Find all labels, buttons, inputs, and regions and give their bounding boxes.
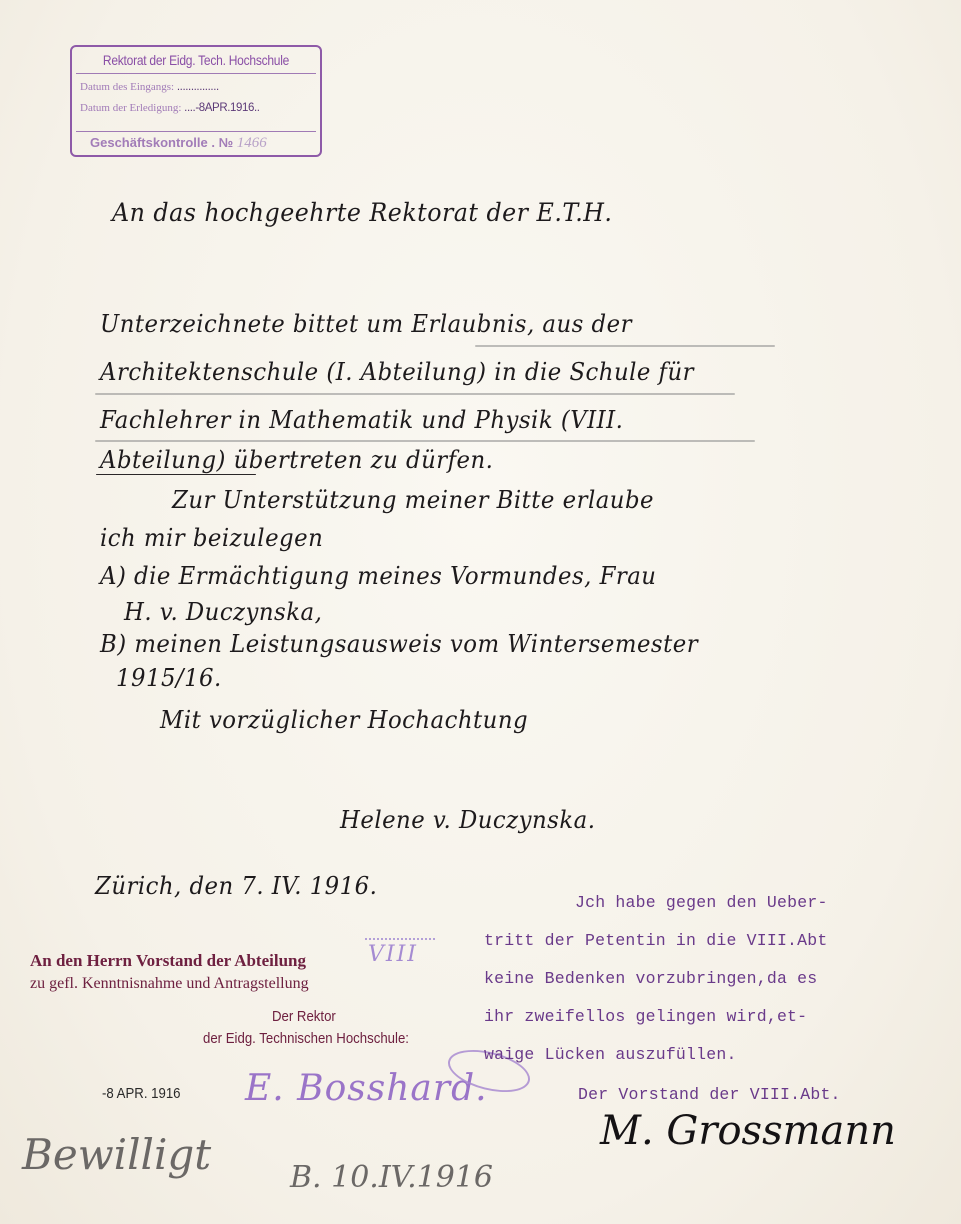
stamp-control-number: 1466 <box>237 135 267 151</box>
forward-line-2: zu gefl. Kenntnisnahme und Antragstellun… <box>30 975 309 993</box>
ink-underline <box>96 474 256 475</box>
approval-initial-date: B. 10.IV.1916 <box>290 1160 493 1195</box>
rectorate-receipt-stamp: Rektorat der Eidg. Tech. Hochschule Datu… <box>70 45 322 157</box>
department-head-title: Der Vorstand der VIII.Abt. <box>578 1085 841 1104</box>
stamp-control-row: Geschäftskontrolle . № 1466 <box>90 135 267 152</box>
department-number-handwritten: VIII <box>368 942 418 967</box>
stamp-completed-label: Datum der Erledigung: <box>80 102 181 114</box>
stamp-completed-row: Datum der Erledigung: ....-8APR.1916.. <box>80 102 260 114</box>
stamp-received-value: ............... <box>177 81 219 93</box>
enclosure-b: B) meinen Leistungsausweis vom Wintersem… <box>100 630 698 658</box>
salutation: An das hochgeehrte Rektorat der E.T.H. <box>112 198 612 227</box>
approval-note: Bewilligt <box>22 1130 211 1179</box>
enclosure-a: A) die Ermächtigung meines Vormundes, Fr… <box>100 562 656 590</box>
enclosure-marker: B) <box>100 630 127 658</box>
stamp-divider <box>76 131 316 132</box>
stamp-completed-value: ....-8APR.1916.. <box>184 102 259 114</box>
reply-line: waige Lücken auszufüllen. <box>484 1045 737 1064</box>
rector-title: Der Rektor <box>272 1008 336 1025</box>
stamp-received-row: Datum des Eingangs: ............... <box>80 81 219 93</box>
stamp-divider <box>76 73 316 74</box>
body-line: Unterzeichnete bittet um Erlaubnis, aus … <box>100 310 632 338</box>
support-line: ich mir beizulegen <box>100 524 323 552</box>
pencil-underline <box>95 393 735 395</box>
reply-line: Jch habe gegen den Ueber- <box>575 893 828 912</box>
closing: Mit vorzüglicher Hochachtung <box>160 706 528 734</box>
reply-line: ihr zweifellos gelingen wird,et- <box>484 1007 807 1026</box>
enclosure-text: meinen Leistungsausweis vom Wintersemest… <box>134 630 698 658</box>
reply-line: keine Bedenken vorzubringen,da es <box>484 969 817 988</box>
rector-institution: der Eidg. Technischen Hochschule: <box>203 1030 409 1047</box>
rector-signature: E. Bosshard. <box>245 1068 488 1109</box>
department-head-signature: M. Grossmann <box>600 1108 896 1154</box>
rector-date-stamp: -8 APR. 1916 <box>102 1085 181 1102</box>
pencil-underline <box>475 345 775 347</box>
reply-line: tritt der Petentin in die VIII.Abt <box>484 931 827 950</box>
stamp-received-label: Datum des Eingangs: <box>80 81 174 93</box>
stamp-title: Rektorat der Eidg. Tech. Hochschule <box>89 52 302 68</box>
enclosure-continuation: 1915/16. <box>116 664 222 692</box>
body-line: Abteilung) übertreten zu dürfen. <box>100 446 493 474</box>
department-underline <box>365 938 435 940</box>
enclosure-continuation: H. v. Duczynska, <box>124 598 322 626</box>
body-line: Architektenschule (I. Abteilung) in die … <box>100 358 694 386</box>
body-line: Fachlehrer in Mathematik und Physik (VII… <box>100 406 623 434</box>
applicant-signature: Helene v. Duczynska. <box>340 806 595 834</box>
forward-line-1: An den Herrn Vorstand der Abteilung <box>30 951 306 971</box>
stamp-control-label: Geschäftskontrolle . № <box>90 135 233 150</box>
enclosure-marker: A) <box>100 562 126 590</box>
document-page: Rektorat der Eidg. Tech. Hochschule Datu… <box>0 0 961 1224</box>
pencil-underline <box>95 440 755 442</box>
enclosure-text: die Ermächtigung meines Vormundes, Frau <box>134 562 656 590</box>
place-date: Zürich, den 7. IV. 1916. <box>95 872 377 900</box>
support-line: Zur Unterstützung meiner Bitte erlaube <box>172 486 654 514</box>
